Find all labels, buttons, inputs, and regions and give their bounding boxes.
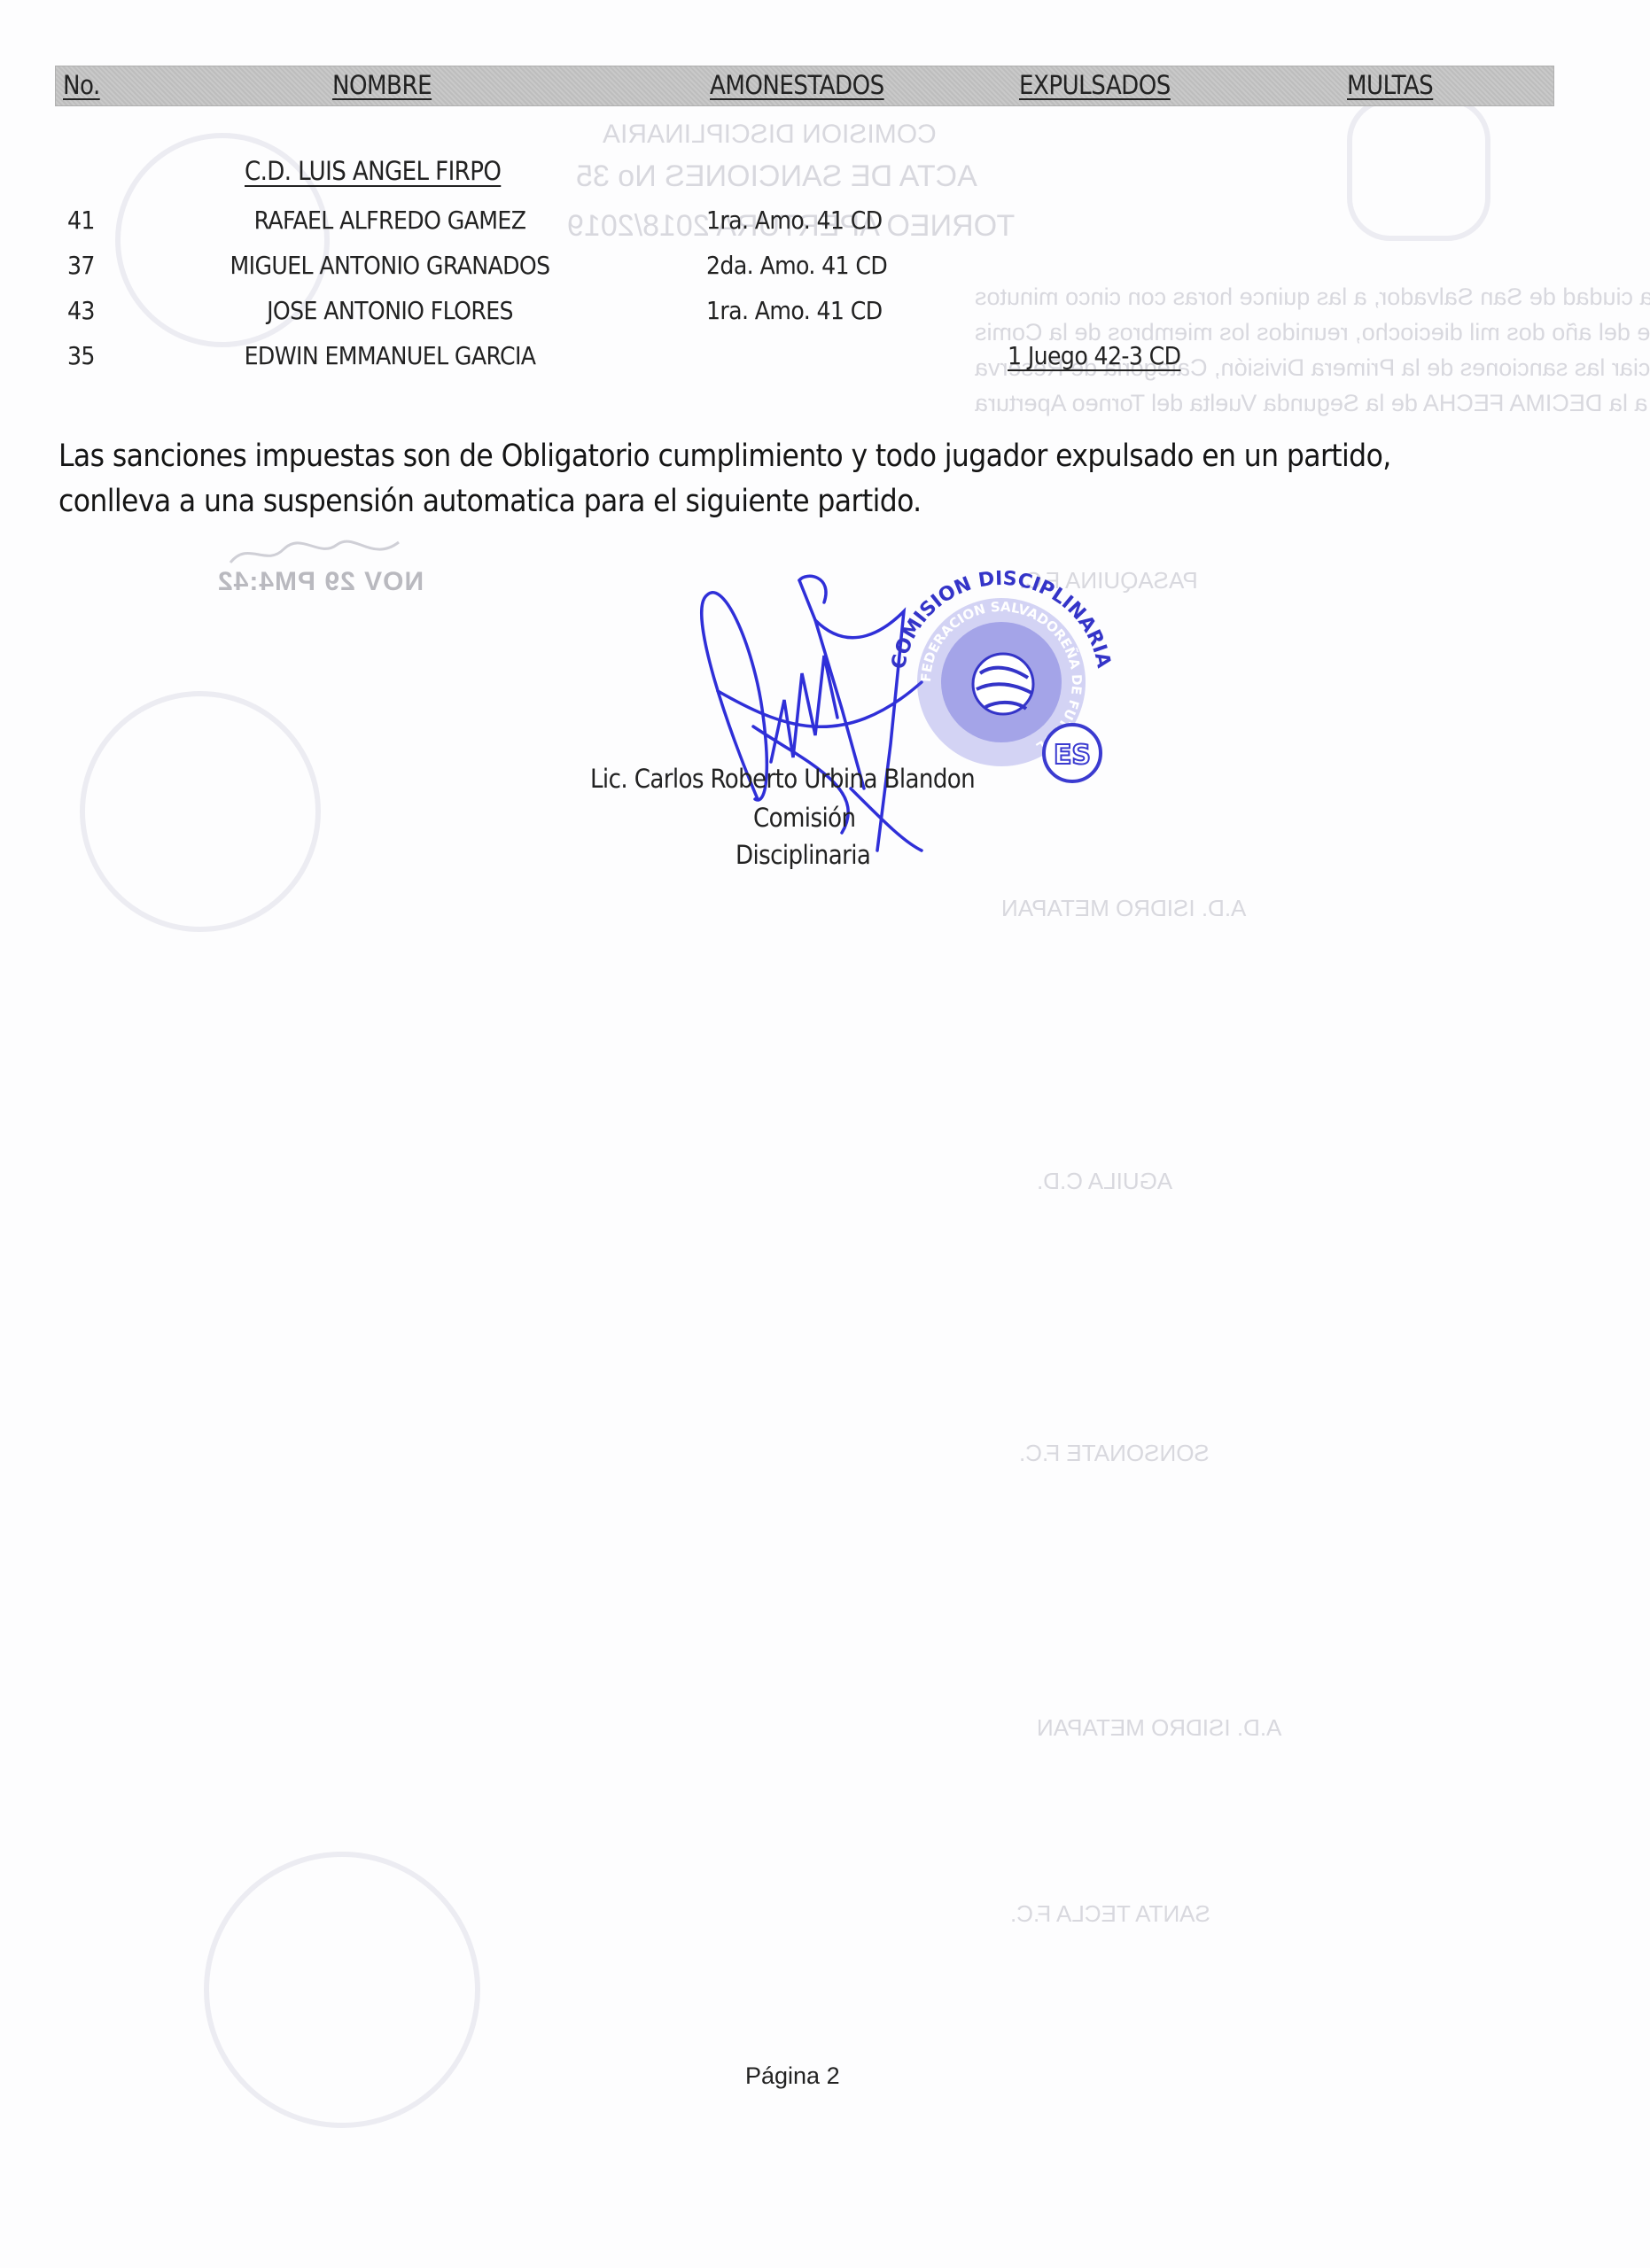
player-amonestados: 2da. Amo. 41 CD [706, 251, 887, 280]
table-row: 37 MIGUEL ANTONIO GRANADOS 2da. Amo. 41 … [0, 251, 1650, 290]
player-number: 41 [67, 206, 95, 235]
signatory-name: Lic. Carlos Roberto Urbina Blandon [590, 764, 975, 794]
ghost-seal [80, 691, 321, 932]
ghost-text: A.D. ISIDRO METAPAN [1037, 1714, 1281, 1742]
signatory-role: Comisión [753, 803, 855, 833]
ghost-seal [204, 1852, 480, 2128]
player-name: JOSE ANTONIO FLORES [177, 296, 603, 325]
column-header-multas: MULTAS [1347, 70, 1433, 100]
ghost-text: SANTA TECLA F.C. [1010, 1900, 1210, 1928]
ghost-text: COMISION DISCIPLINARIA [603, 120, 937, 150]
ghost-text: a la DECIMA FECHA de la Segunda Vuelta d… [975, 390, 1647, 417]
ghost-text: ACTA DE SANCIONES No 35 [576, 159, 977, 194]
player-name: RAFAEL ALFREDO GAMEZ [177, 206, 603, 235]
ghost-text: SONSONATE F.C. [1019, 1440, 1210, 1467]
player-number: 43 [67, 296, 95, 325]
signatory-role: Disciplinaria [735, 840, 870, 870]
table-header: No. NOMBRE AMONESTADOS EXPULSADOS MULTAS [55, 66, 1554, 106]
player-amonestados: 1ra. Amo. 41 CD [706, 206, 883, 235]
club-name: C.D. LUIS ANGEL FIRPO [245, 156, 501, 186]
player-number: 35 [67, 341, 95, 370]
notice-line: conlleva a una suspensión automatica par… [58, 479, 1565, 524]
table-row: 43 JOSE ANTONIO FLORES 1ra. Amo. 41 CD [0, 296, 1650, 335]
commission-seal-icon: COMISION DISCIPLINARIA FEDERACION SALVAD… [886, 567, 1117, 797]
table-row: 35 EDWIN EMMANUEL GARCIA 1 Juego 42-3 CD [0, 341, 1650, 380]
received-date-stamp: NOV 29 PM4:42 [217, 567, 424, 597]
ghost-text: AGUILA C.D. [1037, 1168, 1172, 1195]
column-header-nombre: NOMBRE [332, 70, 432, 100]
column-header-no: No. [63, 70, 100, 100]
notice-line: Las sanciones impuestas son de Obligator… [58, 434, 1565, 479]
column-header-amonestados: AMONESTADOS [710, 70, 884, 100]
svg-text:ES: ES [1054, 740, 1091, 771]
page-number: Página 2 [745, 2062, 840, 2090]
column-header-expulsados: EXPULSADOS [1019, 70, 1171, 100]
player-name: MIGUEL ANTONIO GRANADOS [177, 251, 603, 280]
player-expulsados: 1 Juego 42-3 CD [1008, 341, 1180, 370]
sanctions-notice: Las sanciones impuestas son de Obligator… [58, 434, 1565, 524]
player-name: EDWIN EMMANUEL GARCIA [177, 341, 603, 370]
table-row: 41 RAFAEL ALFREDO GAMEZ 1ra. Amo. 41 CD [0, 206, 1650, 245]
signature-block: COMISION DISCIPLINARIA FEDERACION SALVAD… [549, 567, 1170, 904]
player-number: 37 [67, 251, 95, 280]
player-amonestados: 1ra. Amo. 41 CD [706, 296, 883, 325]
